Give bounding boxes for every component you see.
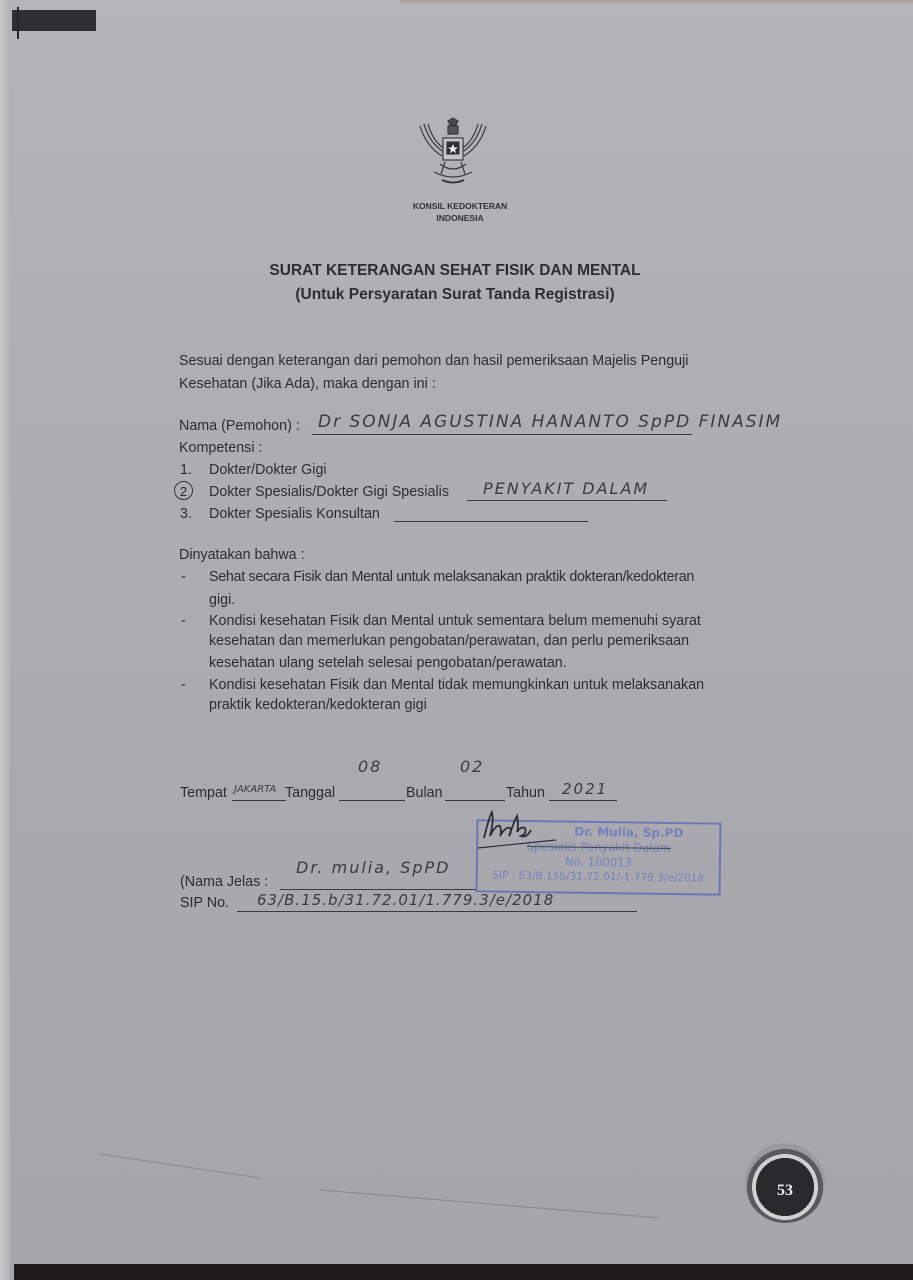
declaration-item-2-bullet: - <box>181 613 186 629</box>
competence-option-3-number: 3. <box>180 506 192 522</box>
document-title: SURAT KETERANGAN SEHAT FISIK DAN MENTAL <box>150 262 760 280</box>
intro-line-1: Sesuai dengan keterangan dari pemohon da… <box>179 353 688 369</box>
page-number: 53 <box>745 1182 825 1200</box>
binder-tab <box>12 10 96 31</box>
day-field[interactable]: 08 <box>358 757 382 776</box>
competence-option-1-number: 1. <box>180 462 192 478</box>
declaration-item-3-line-2: praktik kedokteran/kedokteran gigi <box>209 697 427 713</box>
day-label: Tanggal <box>285 785 335 801</box>
year-label: Tahun <box>506 785 545 801</box>
document-subtitle: (Untuk Persyaratan Surat Tanda Registras… <box>150 286 760 304</box>
sip-field[interactable]: 63/B.15.b/31.72.01/1.779.3/e/2018 <box>257 891 554 909</box>
competence-option-2-label[interactable]: Dokter Spesialis/Dokter Gigi Spesialis <box>209 484 449 500</box>
stamp-sip: SIP : 63/B.15b/31.72.01/-1.779.3/e/2018 <box>478 868 719 886</box>
competence-option-3-underline <box>394 521 588 522</box>
day-underline <box>339 800 405 801</box>
competence-option-3-label[interactable]: Dokter Spesialis Konsultan <box>209 506 380 522</box>
month-underline <box>445 800 505 801</box>
organization-name-line1: KONSIL KEDOKTERAN <box>380 200 540 212</box>
declaration-item-1-bullet: - <box>181 569 186 585</box>
declaration-item-3-bullet: - <box>181 677 186 693</box>
competence-option-2-selected-circle[interactable]: 2 <box>174 481 193 500</box>
bottom-shadow-bar <box>14 1264 913 1280</box>
month-label: Bulan <box>406 785 443 801</box>
garuda-pancasila-emblem-icon <box>412 112 494 194</box>
place-label: Tempat <box>180 785 227 801</box>
sip-label: SIP No. <box>180 895 229 911</box>
signatory-name-field[interactable]: Dr. mulia, SpPD <box>296 858 450 877</box>
declaration-item-2-line-3: kesehatan ulang setelah selesai pengobat… <box>209 655 567 671</box>
declaration-item-1-line-1: Sehat secara Fisik dan Mental untuk mela… <box>209 569 694 585</box>
paper-edge <box>0 0 10 1280</box>
declaration-item-3-line-1: Kondisi kesehatan Fisik dan Mental tidak… <box>209 677 704 693</box>
organization-name: KONSIL KEDOKTERAN INDONESIA <box>380 200 540 224</box>
competence-option-1-label[interactable]: Dokter/Dokter Gigi <box>209 462 327 478</box>
signatory-name-label: (Nama Jelas : <box>180 874 268 890</box>
paper-scratch-mark <box>100 1150 760 1220</box>
intro-line-2: Kesehatan (Jika Ada), maka dengan ini : <box>179 376 436 392</box>
place-underline <box>232 800 286 801</box>
year-underline <box>549 800 617 801</box>
applicant-name-underline <box>312 434 692 435</box>
applicant-name-label: Nama (Pemohon) : <box>179 418 300 434</box>
signature-icon <box>478 808 558 850</box>
declaration-label: Dinyatakan bahwa : <box>179 547 305 563</box>
signatory-name-underline <box>280 889 476 890</box>
year-field[interactable]: 2021 <box>562 780 608 798</box>
organization-name-line2: INDONESIA <box>380 212 540 224</box>
paper-top-edge <box>400 0 913 3</box>
declaration-item-1-line-2: gigi. <box>209 592 235 608</box>
competence-option-2-underline <box>467 500 667 501</box>
applicant-name-field[interactable]: Dr SONJA AGUSTINA HANANTO SpPD FINASIM <box>318 412 782 432</box>
declaration-item-2-line-1: Kondisi kesehatan Fisik dan Mental untuk… <box>209 613 701 629</box>
binder-tab-edge <box>17 7 19 39</box>
month-field[interactable]: 02 <box>460 757 484 776</box>
competence-label: Kompetensi : <box>179 440 262 456</box>
competence-option-2-field[interactable]: PENYAKIT DALAM <box>483 479 649 498</box>
place-field[interactable]: JAKARTA <box>234 784 276 795</box>
declaration-item-2-line-2: kesehatan dan memerlukan pengobatan/pera… <box>209 633 689 649</box>
sip-underline <box>237 911 637 912</box>
